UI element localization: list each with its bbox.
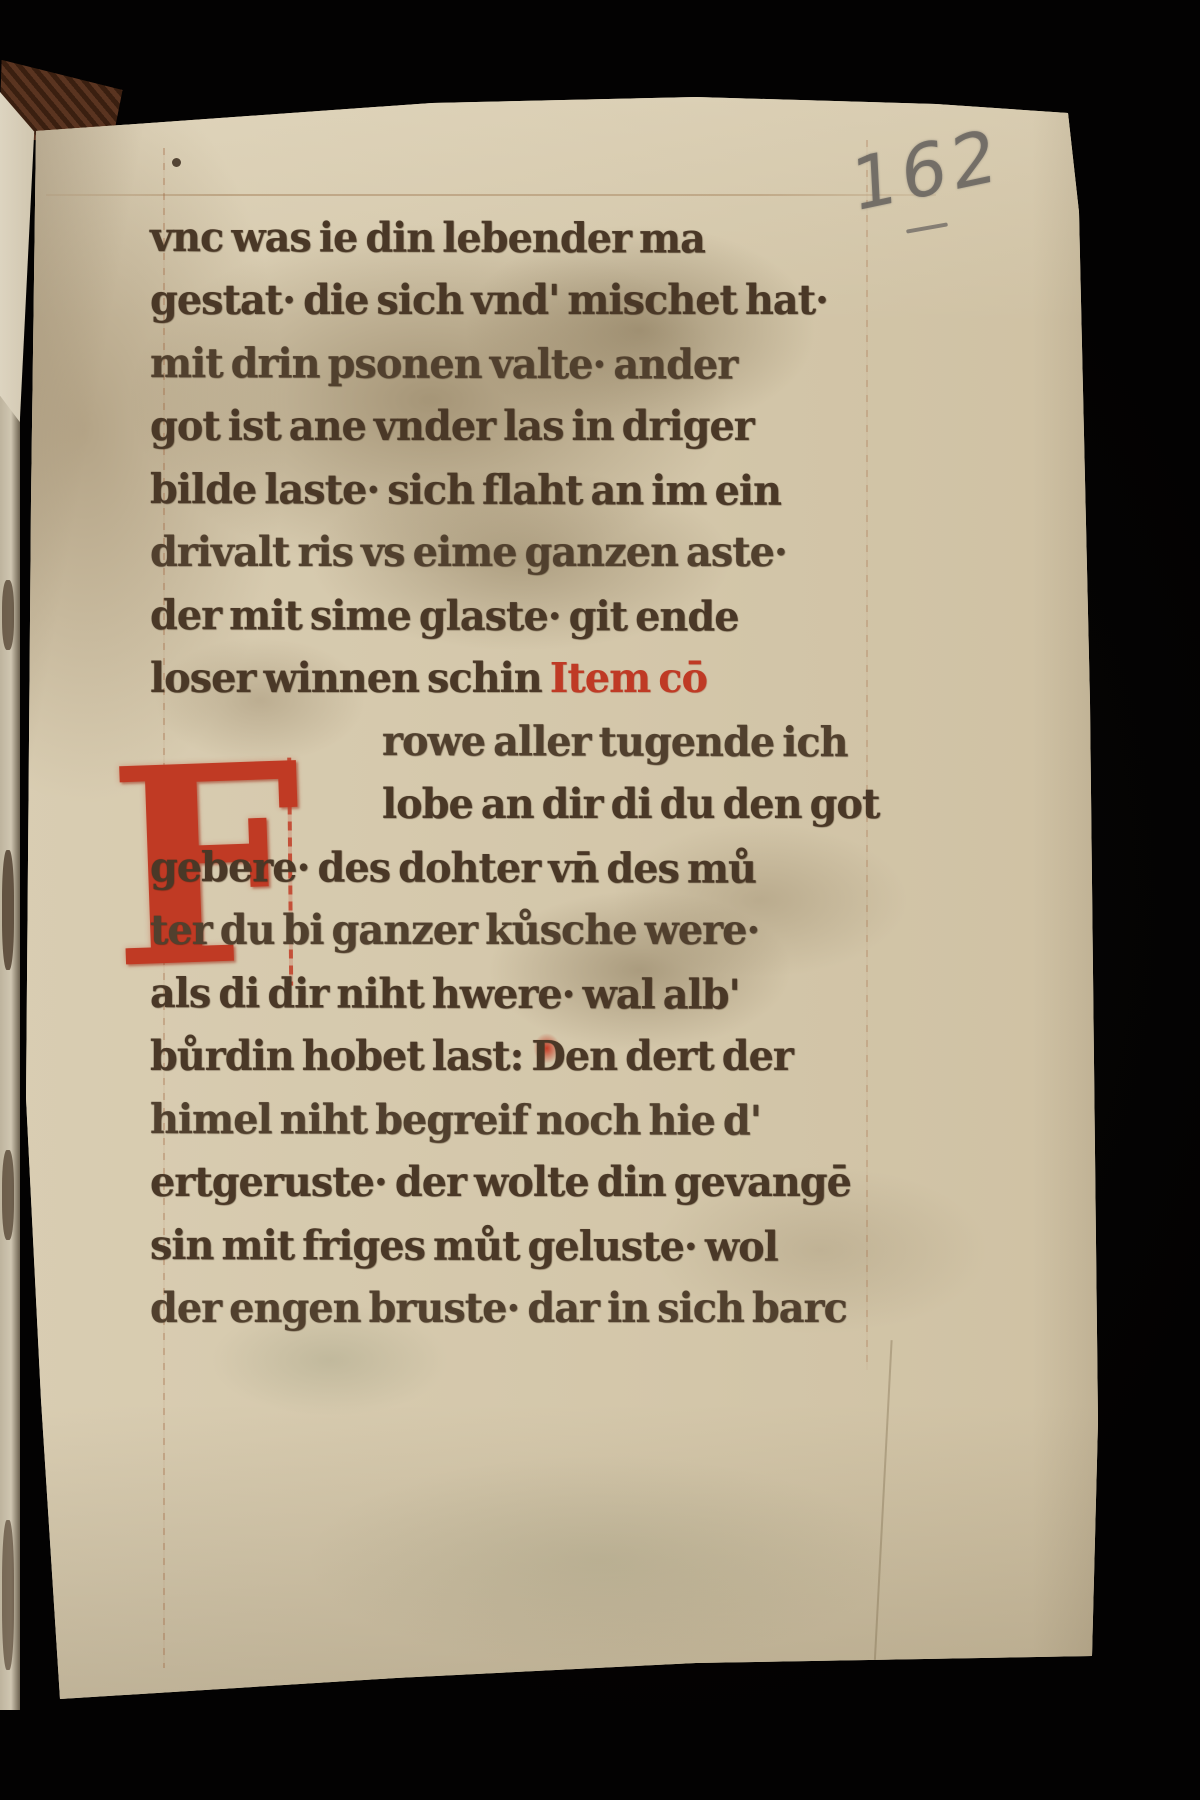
fore-edge-mark: [2, 1150, 14, 1240]
text-segment: en dert der: [565, 1032, 793, 1080]
text-line: bůrdin hobet last: Den dert der: [150, 1025, 872, 1088]
text-segment: got ist ane vnder las in driger: [150, 402, 754, 450]
text-line: ertgeruste· der wolte din gevangē: [150, 1151, 872, 1214]
text-line: loser winnen schin Item cō: [150, 647, 872, 710]
text-block: vnc was ie din lebender magestat· die si…: [150, 206, 895, 1340]
text-segment: loser winnen schin: [150, 654, 550, 702]
text-segment: vnc was ie din lebender ma: [150, 213, 705, 262]
text-line: got ist ane vnder las in driger: [150, 395, 872, 458]
text-line: mit drin psonen valte· ander: [150, 332, 873, 397]
text-line: sin mit friges můt geluste· wol: [150, 1214, 873, 1279]
text-line: als di dir niht hwere· wal alb': [150, 962, 873, 1027]
text-segment: drivalt ris vs eime ganzen aste·: [150, 528, 787, 576]
manuscript-page: 162 F vnc was ie din lebender magestat· …: [0, 0, 1200, 1800]
text-line: himel niht begreif noch hie d': [150, 1088, 873, 1153]
text-segment: rowe aller tugende ich: [382, 717, 848, 766]
text-segment: himel niht begreif noch hie d': [150, 1095, 761, 1145]
text-line: lobe an dir di du den got: [382, 773, 879, 836]
rubric-segment: Item cō: [550, 654, 707, 702]
text-line: der engen bruste· dar in sich barc: [150, 1277, 872, 1340]
text-line: bilde laste· sich flaht an im ein: [150, 458, 873, 523]
text-line: vnc was ie din lebender ma: [150, 206, 873, 271]
fore-edge-mark: [2, 1520, 14, 1670]
text-segment: ertgeruste· der wolte din gevangē: [150, 1158, 851, 1206]
text-segment: gebere· des dohter vn̄ des mů: [150, 843, 756, 893]
text-line: gebere· des dohter vn̄ des mů: [150, 836, 873, 901]
rubric-segment: D: [531, 1032, 565, 1080]
text-line: ter du bi ganzer kůsche were·: [150, 899, 872, 962]
text-segment: bůrdin hobet last:: [150, 1032, 531, 1080]
fore-edge-mark: [2, 850, 14, 970]
book-fore-edge: [0, 250, 20, 1710]
text-segment: gestat· die sich vnd' mischet hat·: [150, 276, 828, 324]
text-segment: lobe an dir di du den got: [382, 780, 879, 828]
text-line: drivalt ris vs eime ganzen aste·: [150, 521, 872, 584]
text-segment: bilde laste· sich flaht an im ein: [150, 465, 781, 515]
ruling-line-top: [46, 194, 936, 196]
text-segment: sin mit friges můt geluste· wol: [150, 1221, 778, 1271]
text-segment: der mit sime glaste· git ende: [150, 591, 739, 641]
underlying-page-corner: [0, 92, 36, 422]
text-segment: mit drin psonen valte· ander: [150, 339, 737, 389]
text-segment: ter du bi ganzer kůsche were·: [150, 906, 759, 954]
photo-backdrop: 162 F vnc was ie din lebender magestat· …: [0, 0, 1200, 1800]
text-segment: der engen bruste· dar in sich barc: [150, 1284, 847, 1332]
fore-edge-mark: [2, 580, 14, 650]
ink-dot: [172, 158, 181, 167]
text-line: der mit sime glaste· git ende: [150, 584, 873, 649]
text-line: gestat· die sich vnd' mischet hat·: [150, 269, 872, 332]
text-segment: als di dir niht hwere· wal alb': [150, 969, 740, 1019]
text-line: rowe aller tugende ich: [382, 710, 880, 774]
